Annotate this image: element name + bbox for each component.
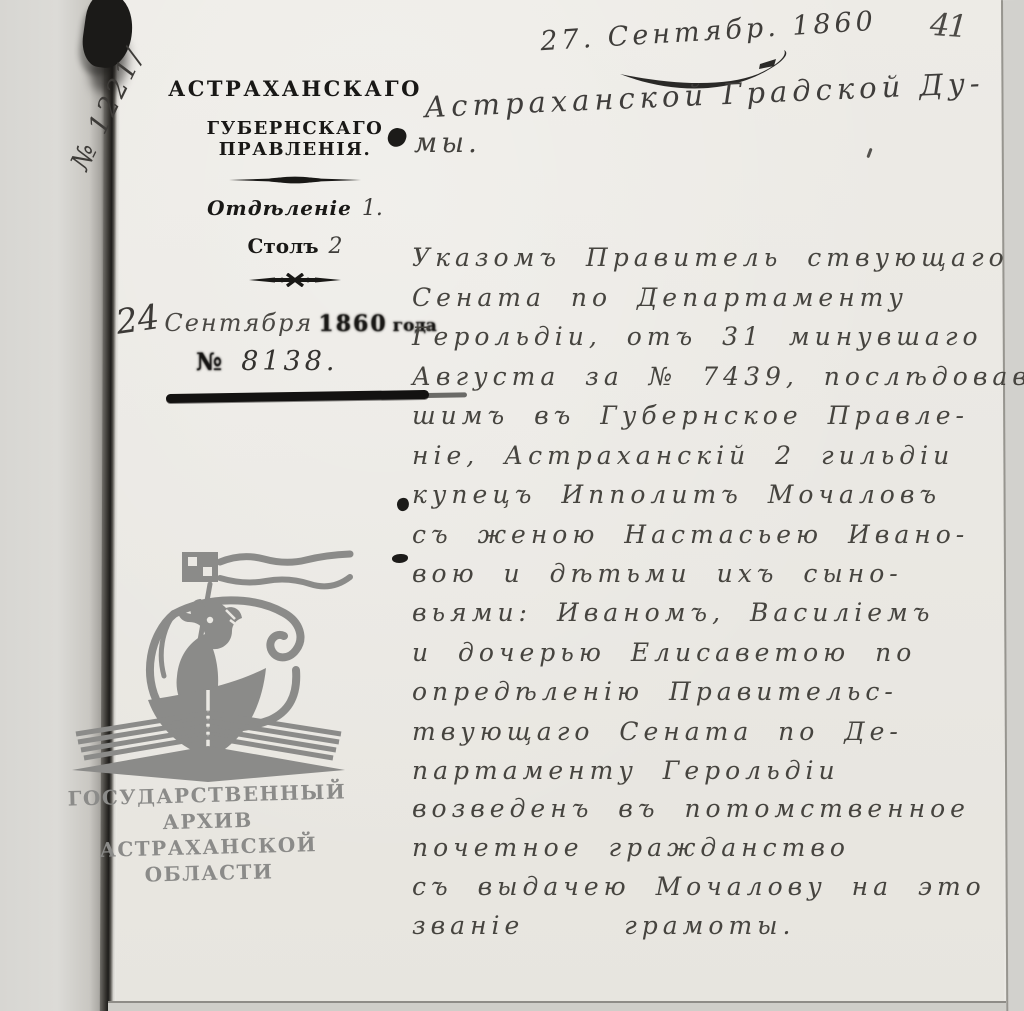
- letterhead: АСТРАХАНСКАГО ГУБЕРНСКАГО ПРАВЛЕНІЯ. Отд…: [160, 76, 430, 287]
- body-line: Указомъ Правитель ствующаго: [412, 243, 1009, 272]
- body-line: съ выдачею Мочалову на это: [412, 872, 986, 901]
- outgoing-number-line: № 8138.: [196, 346, 338, 377]
- desk-label: Столъ: [247, 234, 318, 258]
- desk-value-handwritten: 2: [319, 234, 343, 259]
- body-line: твующаго Сената по Де-: [412, 717, 903, 746]
- desk-line: Столъ2: [160, 234, 430, 259]
- folio-number-pencil: 41: [929, 7, 967, 45]
- body-line: съ женою Настасьею Ивано-: [412, 520, 969, 549]
- numero-sign-printed: №: [196, 347, 222, 376]
- letterhead-org-line1: АСТРАХАНСКАГО: [160, 76, 430, 101]
- body-line: опредѣленію Правительс-: [412, 677, 898, 706]
- body-line: Августа за № 7439, послѣдовав-: [412, 362, 1024, 391]
- archive-watermark: ГОСУДАРСТВЕННЫЙ АРХИВ АСТРАХАНСКОЙ ОБЛАС…: [48, 550, 368, 886]
- body-line: Герольдіи, отъ 31 минувшаго: [412, 322, 983, 351]
- body-line: званіе грамоты.: [412, 911, 795, 940]
- page-bottom-edge: [108, 1001, 1006, 1011]
- body-line: возведенъ въ потомственное: [412, 794, 970, 823]
- body-line: Сената по Департаменту: [412, 283, 908, 312]
- dispatch-year-printed: 1860: [318, 311, 387, 337]
- body-line: почетное гражданство: [412, 833, 850, 862]
- tapered-rule-ornament: [229, 175, 361, 185]
- ship-and-book-logo-icon: [58, 550, 358, 782]
- body-line: партаменту Герольдіи: [412, 756, 840, 785]
- scanned-archival-document: № 1221/ АСТРАХАНСКАГО ГУБЕРНСКАГО ПРАВЛЕ…: [0, 0, 1024, 1011]
- watermark-text-line1: ГОСУДАРСТВЕННЫЙ АРХИВ: [47, 778, 368, 838]
- body-line: вьями: Иваномъ, Василіемъ: [412, 598, 934, 627]
- body-line: вою и дѣтьми ихъ сыно-: [412, 559, 903, 588]
- body-line: купецъ Ипполитъ Мочаловъ: [412, 480, 941, 509]
- addressee-line2: мы.: [414, 126, 481, 159]
- department-line: Отдѣленіе1.: [160, 196, 430, 221]
- dispatch-date-line: 24 Сентября 1860 года: [116, 300, 436, 340]
- body-line: шимъ въ Губернское Правле-: [412, 401, 969, 430]
- dispatch-month-handwritten: Сентября: [164, 309, 313, 337]
- crossed-bar-ornament: [249, 273, 341, 287]
- department-label: Отдѣленіе: [207, 196, 352, 220]
- outgoing-number-handwritten: 8138.: [227, 346, 338, 377]
- dispatch-day-handwritten: 24: [113, 297, 161, 343]
- body-line: и дочерью Елисаветою по: [412, 638, 916, 667]
- watermark-text-line2: АСТРАХАНСКОЙ ОБЛАСТИ: [48, 830, 369, 890]
- page-right-edge: [1001, 0, 1024, 1011]
- body-line: ніе, Астраханскій 2 гильдіи: [412, 441, 954, 470]
- department-value-handwritten: 1.: [352, 196, 383, 221]
